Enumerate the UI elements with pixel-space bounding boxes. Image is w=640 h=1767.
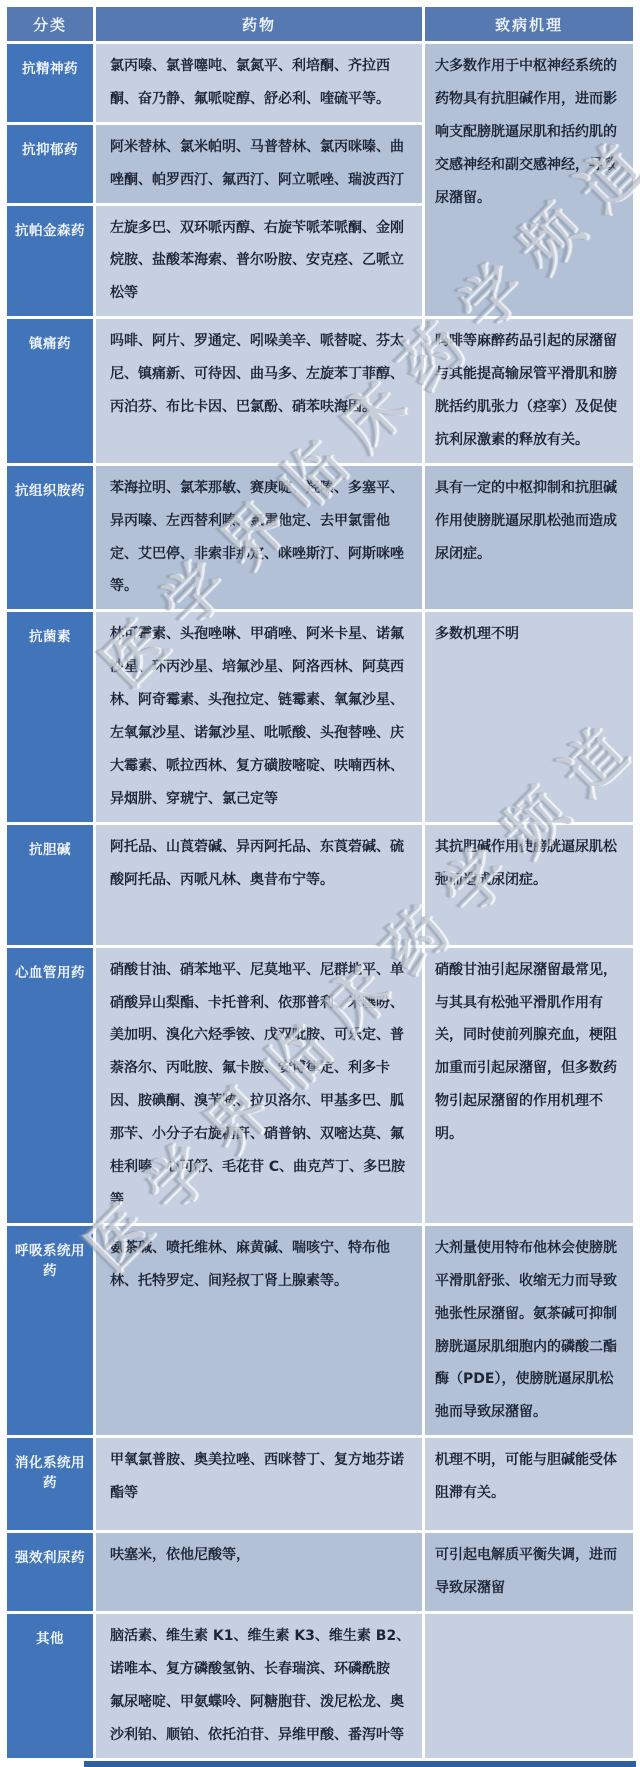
category-cell: 其他 — [7, 1614, 93, 1758]
category-cell: 抗胆碱 — [7, 825, 93, 945]
drugs-cell: 氯丙嗪、氯普噻吨、氯氮平、利培酮、齐拉西酮、奋乃静、氟哌啶醇、舒必利、喹硫平等。 — [96, 44, 422, 122]
mechanism-cell: 其抗胆碱作用使膀胱逼尿肌松弛而造成尿闭症。 — [425, 825, 633, 945]
drugs-cell: 甲氧氯普胺、奥美拉唑、西咪替丁、复方地芬诺酯等 — [96, 1438, 422, 1530]
category-cell: 抗帕金森药 — [7, 206, 93, 317]
drug-list-text: 苯海拉明、氯苯那敏、赛庚啶、羟嗪、多塞平、异丙嗪、左西替利嗪、氯雷他定、去甲氯雷… — [110, 472, 416, 604]
drugs-cell: 脑活素、维生素 K1、维生素 K3、维生素 B2、诺唯本、复方磷酸氢钠、长春瑞滨… — [96, 1614, 422, 1758]
column-header-drugs: 药物 — [96, 7, 422, 41]
table-row: 镇痛药吗啡、阿片、罗通定、吲哚美辛、哌替啶、芬太尼、镇痛新、可待因、曲马多、左旋… — [7, 319, 633, 463]
drug-list-text: 呋塞米，依他尼酸等， — [110, 1539, 416, 1572]
category-cell: 强效利尿药 — [7, 1533, 93, 1611]
category-cell: 抗菌素 — [7, 612, 93, 821]
drugs-cell: 林可霉素、头孢唑啉、甲硝唑、阿米卡星、诺氟沙星、环丙沙星、培氟沙星、阿洛西林、阿… — [96, 612, 422, 821]
mechanism-cell: 可引起电解质平衡失调，进而导致尿潴留 — [425, 1533, 633, 1611]
table-row: 其他脑活素、维生素 K1、维生素 K3、维生素 B2、诺唯本、复方磷酸氢钠、长春… — [7, 1614, 633, 1758]
mechanism-cell: 多数机理不明 — [425, 612, 633, 821]
category-cell: 抗精神药 — [7, 44, 93, 122]
drug-list-text: 林可霉素、头孢唑啉、甲硝唑、阿米卡星、诺氟沙星、环丙沙星、培氟沙星、阿洛西林、阿… — [110, 618, 416, 815]
drug-list-text: 阿托品、山莨菪碱、异丙阿托品、东莨菪碱、硫酸阿托品、丙哌凡林、奥昔布宁等。 — [110, 831, 416, 897]
table-bottom-border — [84, 1761, 636, 1767]
column-header-category: 分类 — [7, 7, 93, 41]
drug-list-text: 左旋多巴、双环哌丙醇、右旋苄哌苯哌酮、金刚烷胺、盐酸苯海索、普尔吩胺、安克痉、乙… — [110, 212, 416, 311]
drug-list-text: 阿米替林、氯米帕明、马普替林、氯丙咪嗪、曲唑酮、帕罗西汀、氟西汀、阿立哌唑、瑞波… — [110, 131, 416, 197]
drugs-cell: 硝酸甘油、硝苯地平、尼莫地平、尼群地平、单硝酸异山梨酯、卡托普利、依那普利、米噻… — [96, 948, 422, 1223]
medication-urinary-retention-table-page: 分类 药物 致病机理 抗精神药氯丙嗪、氯普噻吨、氯氮平、利培酮、齐拉西酮、奋乃静… — [0, 0, 640, 1767]
drugs-cell: 阿米替林、氯米帕明、马普替林、氯丙咪嗪、曲唑酮、帕罗西汀、氟西汀、阿立哌唑、瑞波… — [96, 125, 422, 203]
mechanism-cell: 具有一定的中枢抑制和抗胆碱作用使膀胱逼尿肌松弛而造成尿闭症。 — [425, 466, 633, 610]
category-cell: 抗组织胺药 — [7, 466, 93, 610]
table-row: 抗精神药氯丙嗪、氯普噻吨、氯氮平、利培酮、齐拉西酮、奋乃静、氟哌啶醇、舒必利、喹… — [7, 44, 633, 122]
column-header-mechanism: 致病机理 — [425, 7, 633, 41]
drugs-cell: 氨茶碱、喷托维林、麻黄碱、喘咳宁、特布他林、托特罗定、间羟叔丁肾上腺素等。 — [96, 1226, 422, 1435]
table-header-row: 分类 药物 致病机理 — [7, 7, 633, 41]
mechanism-cell: 大剂量使用特布他林会使膀胱平滑肌舒张、收缩无力而导致弛张性尿潴留。氨茶碱可抑制膀… — [425, 1226, 633, 1435]
drug-list-text: 氯丙嗪、氯普噻吨、氯氮平、利培酮、齐拉西酮、奋乃静、氟哌啶醇、舒必利、喹硫平等。 — [110, 50, 416, 116]
category-cell: 呼吸系统用药 — [7, 1226, 93, 1435]
drugs-cell: 左旋多巴、双环哌丙醇、右旋苄哌苯哌酮、金刚烷胺、盐酸苯海索、普尔吩胺、安克痉、乙… — [96, 206, 422, 317]
table-row: 心血管用药硝酸甘油、硝苯地平、尼莫地平、尼群地平、单硝酸异山梨酯、卡托普利、依那… — [7, 948, 633, 1223]
mechanism-cell: 吗啡等麻醉药品引起的尿潴留与其能提高输尿管平滑肌和膀胱括约肌张力（痉挛）及促使抗… — [425, 319, 633, 463]
category-cell: 抗抑郁药 — [7, 125, 93, 203]
drug-list-text: 硝酸甘油、硝苯地平、尼莫地平、尼群地平、单硝酸异山梨酯、卡托普利、依那普利、米噻… — [110, 954, 416, 1217]
drugs-cell: 吗啡、阿片、罗通定、吲哚美辛、哌替啶、芬太尼、镇痛新、可待因、曲马多、左旋苯丁菲… — [96, 319, 422, 463]
drug-table: 分类 药物 致病机理 抗精神药氯丙嗪、氯普噻吨、氯氮平、利培酮、齐拉西酮、奋乃静… — [4, 4, 636, 1761]
mechanism-cell — [425, 1614, 633, 1758]
drugs-cell: 苯海拉明、氯苯那敏、赛庚啶、羟嗪、多塞平、异丙嗪、左西替利嗪、氯雷他定、去甲氯雷… — [96, 466, 422, 610]
table-row: 呼吸系统用药氨茶碱、喷托维林、麻黄碱、喘咳宁、特布他林、托特罗定、间羟叔丁肾上腺… — [7, 1226, 633, 1435]
category-cell: 镇痛药 — [7, 319, 93, 463]
drug-list-text: 脑活素、维生素 K1、维生素 K3、维生素 B2、诺唯本、复方磷酸氢钠、长春瑞滨… — [110, 1620, 416, 1686]
drug-list-text: 氨茶碱、喷托维林、麻黄碱、喘咳宁、特布他林、托特罗定、间羟叔丁肾上腺素等。 — [110, 1232, 416, 1298]
table-row: 抗胆碱阿托品、山莨菪碱、异丙阿托品、东莨菪碱、硫酸阿托品、丙哌凡林、奥昔布宁等。… — [7, 825, 633, 945]
table-row: 抗组织胺药苯海拉明、氯苯那敏、赛庚啶、羟嗪、多塞平、异丙嗪、左西替利嗪、氯雷他定… — [7, 466, 633, 610]
table-row: 消化系统用药甲氧氯普胺、奥美拉唑、西咪替丁、复方地芬诺酯等机理不明，可能与胆碱能… — [7, 1438, 633, 1530]
drugs-cell: 阿托品、山莨菪碱、异丙阿托品、东莨菪碱、硫酸阿托品、丙哌凡林、奥昔布宁等。 — [96, 825, 422, 945]
mechanism-cell: 硝酸甘油引起尿潴留最常见，与其具有松弛平滑肌作用有关，同时使前列腺充血，梗阻加重… — [425, 948, 633, 1223]
category-cell: 消化系统用药 — [7, 1438, 93, 1530]
drug-list-text: 吗啡、阿片、罗通定、吲哚美辛、哌替啶、芬太尼、镇痛新、可待因、曲马多、左旋苯丁菲… — [110, 325, 416, 424]
drugs-cell: 呋塞米，依他尼酸等， — [96, 1533, 422, 1611]
mechanism-cell: 机理不明，可能与胆碱能受体阻滞有关。 — [425, 1438, 633, 1530]
mechanism-cell: 大多数作用于中枢神经系统的药物具有抗胆碱作用，进而影响支配膀胱逼尿肌和括约肌的交… — [425, 44, 633, 316]
table-row: 抗菌素林可霉素、头孢唑啉、甲硝唑、阿米卡星、诺氟沙星、环丙沙星、培氟沙星、阿洛西… — [7, 612, 633, 821]
drug-list-text: 氟尿嘧啶、甲氨蝶呤、阿糖胞苷、泼尼松龙、奥沙利铂、顺铂、依托泊苷、异维甲酸、番泻… — [110, 1686, 416, 1752]
category-cell: 心血管用药 — [7, 948, 93, 1223]
drug-list-text: 甲氧氯普胺、奥美拉唑、西咪替丁、复方地芬诺酯等 — [110, 1444, 416, 1510]
table-row: 强效利尿药呋塞米，依他尼酸等，可引起电解质平衡失调，进而导致尿潴留 — [7, 1533, 633, 1611]
